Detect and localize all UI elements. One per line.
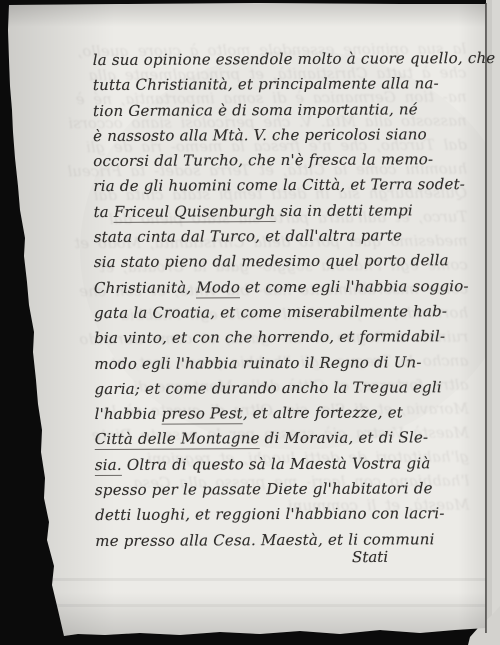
handwritten-text: bia vinto, et con che horrendo, et formi…: [94, 327, 445, 347]
underlined-word: preso Pest: [162, 404, 243, 424]
handwritten-text: et come egli l'habbia soggio-: [240, 277, 469, 296]
manuscript-line: occorsi dal Turcho, che n'è fresca la me…: [93, 147, 477, 174]
underlined-word: Modo: [196, 278, 240, 298]
handwritten-text: sia in detti tempi: [275, 201, 413, 220]
catchword: Stati: [352, 548, 388, 566]
manuscript-text: la sua opinione essendole molto à cuore …: [93, 46, 480, 554]
page-separator-line: [485, 3, 487, 633]
manuscript-line: me presso alla Cesa. Maestà, et li commu…: [95, 527, 479, 554]
manuscript-line: Città delle Montagne di Moravia, et di S…: [95, 425, 479, 452]
underlined-word: Friceul Quisenburgh: [114, 202, 275, 223]
manuscript-line: è nassosto alla Mtà. V. che pericolosi s…: [93, 122, 477, 149]
handwritten-text: stata cinta dal Turco, et dall'altra par…: [94, 226, 403, 246]
manuscript-line: modo egli l'habbia ruinato il Regno di U…: [94, 350, 478, 377]
handwritten-text: Christianità,: [94, 278, 196, 297]
handwritten-text: di Moravia, et di Sle-: [260, 429, 429, 448]
handwritten-text: la sua opinione essendole molto à cuore …: [93, 49, 500, 69]
handwritten-text: me presso alla Cesa. Maestà, et li commu…: [95, 530, 434, 550]
manuscript-line: sia. Oltra di questo sà la Maestà Vostra…: [95, 451, 479, 478]
manuscript-line: ria de gli huomini come la Città, et Ter…: [93, 172, 477, 199]
manuscript-line: detti luoghi, et reggioni l'habbiano con…: [95, 501, 479, 528]
manuscript-line: l'habbia preso Pest, et altre fortezze, …: [95, 400, 479, 427]
paper-crease: [46, 604, 486, 607]
handwritten-text: gata la Croatia, et come miserabilmente …: [94, 302, 447, 322]
manuscript-line: la sua opinione essendole molto à cuore …: [93, 46, 477, 73]
underlined-word: sia.: [95, 456, 122, 476]
handwritten-text: Oltra di questo sà la Maestà Vostra già: [122, 454, 431, 474]
handwritten-text: tion Germanica è di soma importantia, né: [93, 100, 418, 120]
scanned-manuscript-page: la sua opinione essendole molto à cuore …: [0, 0, 500, 645]
handwritten-text: sia stato pieno dal medesimo quel porto …: [94, 252, 449, 272]
underlined-word: Città delle Montagne: [95, 430, 260, 451]
manuscript-line: stata cinta dal Turco, et dall'altra par…: [94, 223, 478, 250]
handwritten-text: detti luoghi, et reggioni l'habbiano con…: [95, 505, 445, 525]
manuscript-line: bia vinto, et con che horrendo, et formi…: [94, 324, 478, 351]
manuscript-line: gata la Croatia, et come miserabilmente …: [94, 299, 478, 326]
manuscript-line: ta Friceul Quisenburgh sia in detti temp…: [93, 198, 477, 225]
manuscript-line: spesso per le passate Diete gl'habitator…: [95, 476, 479, 503]
handwritten-text: , et altre fortezze, et: [243, 404, 403, 423]
handwritten-text: modo egli l'habbia ruinato il Regno di U…: [94, 353, 421, 373]
manuscript-line: tutta Christianità, et principalmente al…: [93, 71, 477, 98]
handwritten-text: spesso per le passate Diete gl'habitator…: [95, 479, 433, 499]
manuscript-line: garia; et come durando ancho la Tregua e…: [94, 375, 478, 402]
manuscript-line: sia stato pieno dal medesimo quel porto …: [94, 248, 478, 275]
handwritten-text: ta: [93, 203, 113, 221]
manuscript-line: Christianità, Modo et come egli l'habbia…: [94, 274, 478, 301]
handwritten-text: l'habbia: [95, 405, 162, 423]
handwritten-text: garia; et come durando ancho la Tregua e…: [94, 378, 441, 398]
handwritten-text: è nassosto alla Mtà. V. che pericolosi s…: [93, 125, 427, 145]
handwritten-text: occorsi dal Turcho, che n'è fresca la me…: [93, 150, 433, 170]
handwritten-text: ria de gli huomini come la Città, et Ter…: [93, 176, 465, 196]
manuscript-line: tion Germanica è di soma importantia, né: [93, 97, 477, 124]
handwritten-text: tutta Christianità, et principalmente al…: [93, 74, 439, 94]
paper-crease: [40, 578, 486, 581]
